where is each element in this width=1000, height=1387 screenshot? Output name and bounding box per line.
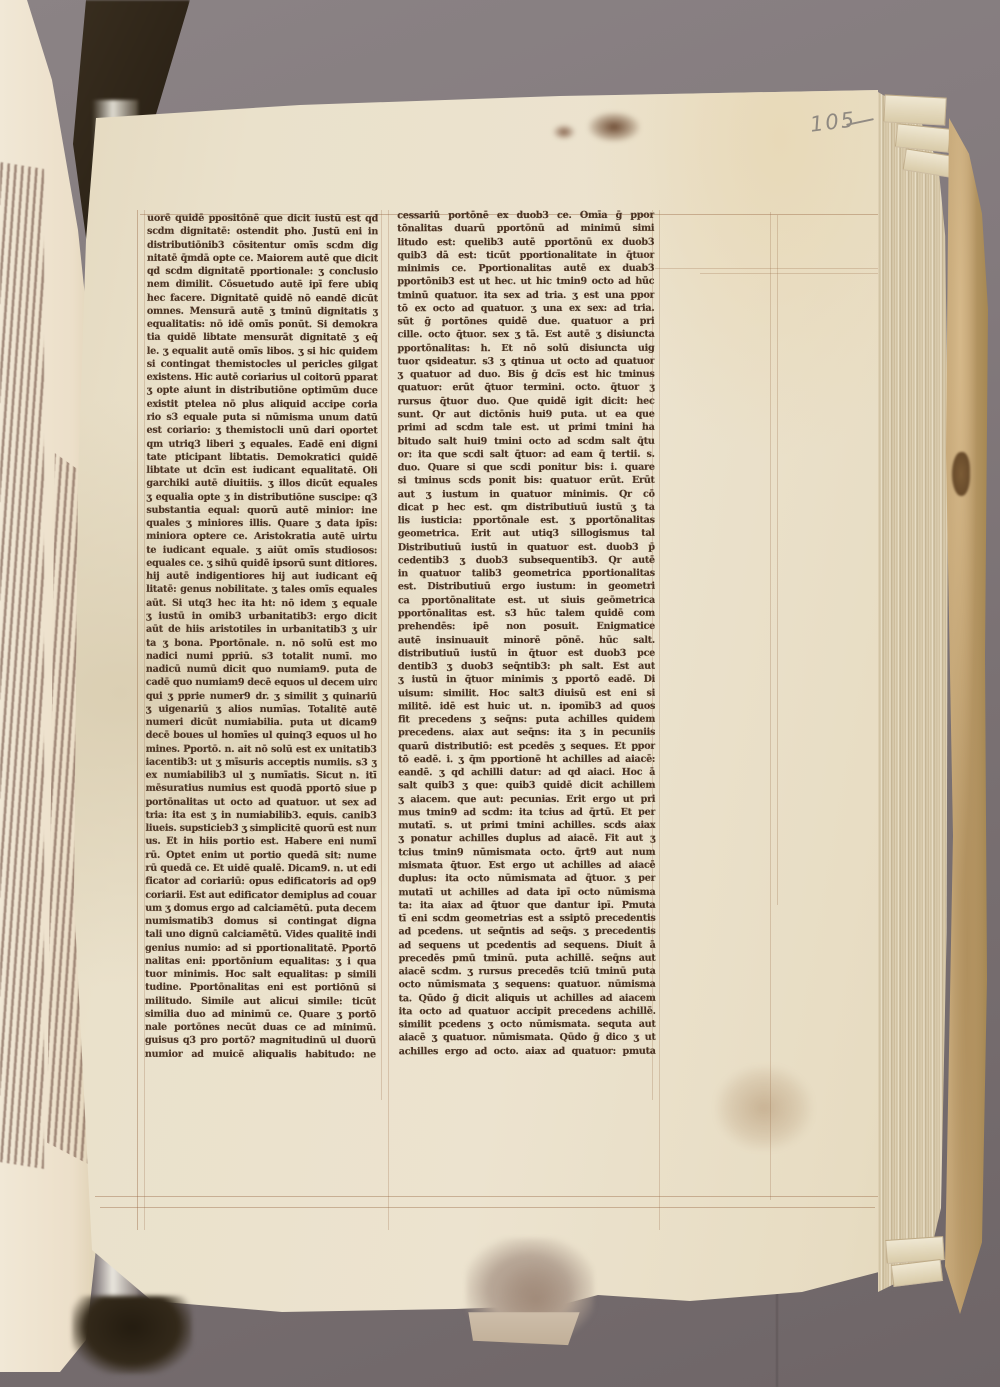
page-stack-fore-edge (878, 92, 948, 1292)
manuscript-text-line: sūt ḡ portōnes quidē due. quatuor a pri (397, 315, 654, 329)
manuscript-text-line: qd scdm dignitatē pportionale: ʒ conclus… (147, 265, 378, 279)
manuscript-text-line: or: ita que scdi salt q̄tuor: ad eam q̄ … (398, 448, 655, 462)
ruling-line-horizontal (655, 268, 878, 269)
binding-shadow (72, 1296, 192, 1374)
manuscript-text-line: portōnalitas ut octo ad quatuor. ut sex … (146, 795, 377, 809)
manuscript-text-line: rursus q̄tuor duo. Que quidē igit dicit:… (398, 394, 655, 408)
manuscript-text-line: pportōnib3 est ut hec. ut hic tmin9 octo… (397, 275, 654, 289)
manuscript-text-line: mines. Pportō. n. ait nō solū est ex uni… (146, 742, 377, 756)
manuscript-text-line: le. ʒ equalit autē omīs libos. ʒ si hic … (147, 344, 378, 358)
manuscript-text-line: aut ʒ iustum in quatuor minimis. Qr cō (398, 487, 655, 501)
manuscript-text-line: tudine. Pportōnalitas eni est portiōnū s… (145, 981, 376, 995)
manuscript-text-line: similit pcedens ʒ octo nūmismata. sequta… (399, 1018, 656, 1032)
manuscript-text-line: rio s3 equale puta si nūmisma unum datū (147, 411, 378, 425)
manuscript-text-line: bitudo salt hui9 tmini octo ad scdm salt… (398, 434, 655, 448)
manuscript-text-line: precedēs pmū tminū. puta achillē. seq̄ns… (399, 952, 656, 966)
leaf-corner (883, 94, 946, 125)
manuscript-text-line: equales ce. ʒ sihū quidē ipsorū sunt dit… (146, 557, 377, 571)
manuscript-text-line: garchiki autē diuitiis. ʒ illos dicūt eq… (146, 477, 377, 491)
manuscript-text-line: ad sequens ut pcedentis ad sequens. Diui… (399, 938, 656, 952)
manuscript-text-line: cessariū portōnē ex duob3 ce. Omīa ḡ ppo… (397, 209, 654, 223)
manuscript-text-line: est. Distributiuū ergo iustum: in geomet… (398, 580, 655, 594)
manuscript-text-line: distributiuū iustū in q̄tuor est duob3 p… (398, 647, 655, 661)
manuscript-text-line: aūt de hiis aristotiles in urbanitatib3 … (146, 623, 377, 637)
manuscript-text-line: militudo. Simile aut alicui simile: ticū… (145, 994, 376, 1008)
manuscript-text-line: nadicū numū dicit quo numiam9. puta de (146, 663, 377, 677)
manuscript-text-line: us. Et in hiis portio est. Habere eni nu… (145, 835, 376, 849)
manuscript-text-line: litatē: genus nobilitate. ʒ tales omīs e… (146, 583, 377, 597)
manuscript-text-line: tuor qsideatur. s3 ʒ qtinua ut octo ad q… (398, 355, 655, 369)
manuscript-text-line: distributiōnib3 cōsitentur omīs scdm dig (147, 238, 378, 252)
manuscript-text-line: dicat p hec est. qm distributiuū iustū ʒ… (398, 501, 655, 515)
manuscript-text-line: nadici numi ppriū. s3 totalit numī. mo (146, 649, 377, 663)
manuscript-text-line: numior ad muicē aliqualis habitudo: ne (145, 1047, 376, 1061)
manuscript-text-line: rū. Optet enim ut portio quedā sit: nume (145, 848, 376, 862)
text-column-left: uorē quidē ppositōnē que dicit iustū est… (145, 212, 378, 1065)
manuscript-text-line: ad pcedens. ut seq̄ntis ad seq̄s. ʒ prec… (399, 925, 656, 939)
manuscript-text-line: ʒ quatuor ad duo. Bis ḡ dcīs est hic tmi… (398, 368, 655, 382)
manuscript-text-line: pportōnalitas: h. Et nō solū disiuncta u… (397, 341, 654, 355)
manuscript-text-line: guisus q3 pro portō? magnitudinū ul duor… (145, 1034, 376, 1048)
manuscript-text-line: ta. Qūdo ḡ dicit aliquis ut achilles ad … (399, 991, 656, 1005)
manuscript-text-line: scdm dignitatē: ostendit pho. Justū eni … (147, 225, 378, 239)
ink-stain (588, 112, 640, 142)
manuscript-text-line: minimis ce. Pportionalitas autē ex duab3 (397, 262, 654, 276)
manuscript-text-line: tōnalitas duarū pportōnū ad minimū simi (397, 222, 654, 236)
manuscript-text-line: aiacē scdm. ʒ rursus precedēs tciū tminū… (399, 965, 656, 979)
manuscript-text-line: aiacē ʒ quatuor. nūmismata. Qūdo ḡ dico … (399, 1031, 656, 1045)
manuscript-text-line: ex numiabilib3 ul ʒ numīatis. Sicut n. i… (146, 769, 377, 783)
ruling-line-horizontal (100, 1207, 875, 1208)
manuscript-text-line: tcius tmin9 nūmismata octo. q̄rt9 aut nu… (398, 846, 655, 860)
manuscript-text-line: octo nūmismata ʒ sequens: quatuor. nūmis… (399, 978, 656, 992)
manuscript-text-line: ta ʒ bona. Pportōnale. n. nō solū est mo (146, 636, 377, 650)
manuscript-text-line: miniora optere ce. Aristokratia autē uir… (146, 530, 377, 544)
manuscript-text-line: substantia equal: quorū autē minior: ine (146, 504, 377, 518)
manuscript-text-line: ta: ita aiax ad q̄tuor que dantur ipī. P… (398, 899, 655, 913)
ink-stain (552, 124, 576, 140)
manuscript-text-line: nale portōnes necūt duas ce ad minimū. (145, 1021, 376, 1035)
manuscript-text-line: similia duo ad minimū ce. Quare ʒ portō (145, 1008, 376, 1022)
manuscript-text-line: nem dimilit. Cōsuetudo autē ipī fere ubi… (147, 278, 378, 292)
manuscript-text-line: cedentib3 ʒ duob3 subsequentib3. Qr autē (398, 554, 655, 568)
text-column-right: cessariū portōnē ex duob3 ce. Omīa ḡ ppo… (397, 209, 655, 1065)
manuscript-text-line: primi ad scdm tale est. ut primi tmini h… (398, 421, 655, 435)
ruling-line-horizontal (700, 273, 878, 274)
manuscript-text-line: cadē quo numiam9 decē equos ul decem uir… (146, 676, 377, 690)
manuscript-text-line: autē insinuauit minorē pōnē. hūc salt. (398, 633, 655, 647)
ruling-line-vertical (659, 210, 660, 1230)
manuscript-text-line: ʒ opte aiunt in distributiōne optimūm du… (147, 384, 378, 398)
ruling-line-vertical (137, 210, 138, 1230)
manuscript-text-line: litudo est: quelib3 autē pportōnū ex duo… (397, 235, 654, 249)
manuscript-text-line: precedens. aiax aut seq̄ns: ita ʒ in pec… (398, 726, 655, 740)
manuscript-text-line: aūt. Si utq3 hec ita ht: nō idem ʒ equal… (146, 596, 377, 610)
manuscript-text-line: dentib3 ʒ duob3 seq̄ntib3: ph salt. Est … (398, 660, 655, 674)
manuscript-text-line: prehendēs: ipē non posuit. Enigmatice (398, 620, 655, 634)
ruling-line-vertical (770, 212, 771, 1200)
manuscript-text-line: ʒ aiacem. que aut: pecunias. Erit ergo u… (398, 792, 655, 806)
manuscript-text-line: tō eadē. i. ʒ q̄m pportionē ht achilles … (398, 753, 655, 767)
manuscript-text-line: eandē. ʒ qd achilli datur: ad qd aiaci. … (398, 766, 655, 780)
manuscript-text-line: hij autē indigentiores hij aut iudicant … (146, 570, 377, 584)
manuscript-text-line: mus tmin9 ad scdm: ita tcius ad q̄rtū. E… (398, 806, 655, 820)
manuscript-text-line: qm utriq3 liberi ʒ equales. Eadē eni dig… (146, 437, 377, 451)
manuscript-text-line: quarū distributiō: est pcedēs ʒ seques. … (398, 739, 655, 753)
manuscript-text-line: existens. Hic autē coriarius ul coitorū … (147, 371, 378, 385)
manuscript-text-line: ficator ad coriariū: opus edificatoris a… (145, 875, 376, 889)
manuscript-text-line: uisum: similit. Hoc salt3 diuisū est eni… (398, 686, 655, 700)
manuscript-text-line: quales ʒ miniores illis. Quare ʒ data ip… (146, 517, 377, 531)
manuscript-text-line: numismatib3 domus si contingat digna (145, 915, 376, 929)
manuscript-text-line: uorē quidē ppositōnē que dicit iustū est… (147, 212, 378, 226)
manuscript-text-line: nitatē q̄mdā opte ce. Maiorem autē que d… (147, 251, 378, 265)
manuscript-text-line: iacentib3: ut ʒ mīsuris acceptis numiis.… (146, 756, 377, 770)
parchment-flap (466, 1312, 582, 1348)
manuscript-text-line: ʒ uigenariū ʒ alios numīas. Totalitē aut… (146, 703, 377, 717)
manuscript-text-line: si contingat themistocles ul pericles gi… (147, 358, 378, 372)
manuscript-text-line: liueis. supsticieb3 ʒ simplicitē quorū e… (145, 822, 376, 836)
manuscript-text-line: mismata q̄tuor. Est ergo ut achilles ad … (398, 859, 655, 873)
manuscript-text-line: ʒ ponatur achilles duplus ad aiacē. Fit … (398, 832, 655, 846)
ruling-line-horizontal (95, 1196, 880, 1197)
manuscript-text-line: genius numio: ad si pportionalitatē. Ppo… (145, 941, 376, 955)
manuscript-text-line: hec facere. Dignitatē quidē nō eandē dic… (147, 291, 378, 305)
manuscript-text-line: mutatī. s. ut primi tmini achilles. scds… (398, 819, 655, 833)
manuscript-text-line: decē boues ul homīes ul quinq3 equos ul … (146, 729, 377, 743)
manuscript-text-line: ita octo ad quatuor accipit precedens ac… (399, 1005, 656, 1019)
manuscript-text-line: equalitatis: nō idē omīs ponūt. Si demok… (147, 318, 378, 332)
manuscript-text-line: militē. idē est huic ut. n. ipomīb3 ad q… (398, 700, 655, 714)
clasp-remnant (952, 452, 970, 496)
manuscript-text-line: tia quidē libtate mensurāt dignitatē ʒ e… (147, 331, 378, 345)
manuscript-text-line: libtate ut dcīn est iudicant equalitatē.… (146, 464, 377, 478)
manuscript-text-line: coriarii. Est aut edificator demiplus ad… (145, 888, 376, 902)
manuscript-text-line: tate pticipant libtatis. Demokratici qui… (146, 450, 377, 464)
manuscript-text-line: numeri dicūt numiabilia. puta ut dicam9 (146, 716, 377, 730)
manuscript-text-line: quib3 dā est: ticūt pportionalitate in q… (397, 249, 654, 263)
manuscript-text-line: geometrica. Erit aut utiq3 sillogismus t… (398, 527, 655, 541)
manuscript-text-line: mēsuratius numius est quodā pportō siue … (146, 782, 377, 796)
manuscript-text-line: um ʒ domus ergo ad calciamētū. puta dece… (145, 902, 376, 916)
manuscript-text-line: tuor minimis. Hoc salt equalitas: p simi… (145, 968, 376, 982)
leaf-corner (891, 1259, 943, 1287)
manuscript-text-line: duo. Quare si que scdi ponitur bis: i. q… (398, 461, 655, 475)
ruling-line-vertical (388, 210, 389, 1230)
manuscript-text-line: cille. octo q̄tuor. sex ʒ tā. Est autē ʒ… (397, 328, 654, 342)
manuscript-text-line: ca pportōnalitate est. ut siuis geōmetri… (398, 593, 655, 607)
manuscript-text-line: si tminus scds ponit bis: quatuor erūt. … (398, 474, 655, 488)
vellum-cover-edge (940, 118, 990, 1314)
manuscript-text-line: tī eni scdm geometrias est a ssiptō prec… (398, 912, 655, 926)
manuscript-text-line: rū quedā ce. Et uidē qualē. Dicam9. n. u… (145, 862, 376, 876)
manuscript-text-line: fit precedens ʒ seq̄ns: puta achilles qu… (398, 713, 655, 727)
ruling-line-vertical (381, 210, 382, 1100)
manuscript-text-line: quatuor: erūt q̄tuor termini. octo. q̄tu… (398, 381, 655, 395)
manuscript-text-line: ʒ iustū in omib3 urbanitatib3: ergo dici… (146, 610, 377, 624)
parchment-stain (716, 1066, 812, 1150)
manuscript-text-line: te iudicant equale. ʒ aiūt omīs studioso… (146, 543, 377, 557)
manuscript-text-line: pportōnalitas est. s3 hūc talem quidē co… (398, 607, 655, 621)
manuscript-text-line: lis iusticia: pportōnale est. ʒ pportōna… (398, 514, 655, 528)
manuscript-text-line: ʒ equalia opte ʒ in distributiōne suscip… (146, 490, 377, 504)
manuscript-text-line: est coriario: ʒ themistocli unū dari opo… (147, 424, 378, 438)
manuscript-text-line: salt quib3 ʒ que: quib3 quidē dicit achi… (398, 779, 655, 793)
manuscript-text-line: sunt. Qr aut dictōnis hui9 puta. ut ea q… (398, 408, 655, 422)
manuscript-text-line: existit ptelea nō plus aliquid accipe co… (147, 397, 378, 411)
manuscript-text-line: omnes. Mensurā autē ʒ tminū dignitatis ʒ (147, 305, 378, 319)
manuscript-text-line: duplus: ita octo nūmismata ad q̄tuor. ʒ … (398, 872, 655, 886)
ruling-line-vertical (777, 215, 778, 905)
manuscript-text-line: qui ʒ pprie numer9 dr. ʒ similit ʒ quina… (146, 689, 377, 703)
manuscript-text-line: tminū quatuor. ita sex ad tria. ʒ est un… (397, 288, 654, 302)
photograph-of-manuscript: { "folio": { "number": "105" }, "colors"… (0, 0, 1000, 1387)
manuscript-text-line: nalitas eni: pportōnium equalitas: ʒ i q… (145, 955, 376, 969)
manuscript-text-line: achilles ergo ad octo. aiax ad quatuor: … (399, 1045, 656, 1059)
manuscript-text-line: tria: ita est ʒ in numiabilib3. equis. c… (146, 809, 377, 823)
manuscript-text-line: tō ex octo ad quatuor. ʒ una ex sex: ad … (397, 302, 654, 316)
manuscript-text-line: mutatī ut achilles ad data ipī octo nūmi… (398, 885, 655, 899)
manuscript-text-line: Distributiuū iustū in quatuor est. duob3… (398, 540, 655, 554)
facing-page-text-blur (0, 162, 44, 1169)
manuscript-text-line: tali uno dignū calciamētū. Vides qualitē… (145, 928, 376, 942)
manuscript-text-line: in quatuor talib3 geometrica pportionali… (398, 567, 655, 581)
manuscript-text-line: ʒ iustū in q̄tuor minimis ʒ pportō eadē.… (398, 673, 655, 687)
